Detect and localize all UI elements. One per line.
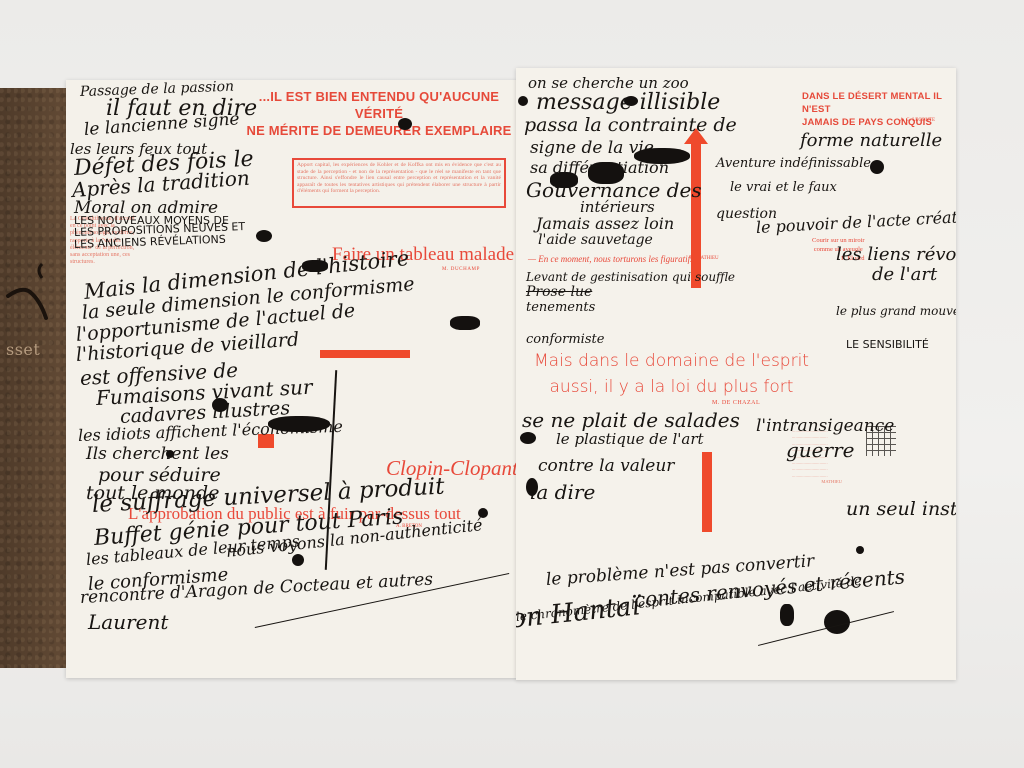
- handwriting-line: la dire: [530, 480, 595, 504]
- ink-blot: [520, 432, 536, 444]
- column-quote-author: MATHIEU: [792, 479, 842, 485]
- quote-domaine-esprit-line-1: Mais dans le domaine de l'esprit: [534, 348, 809, 374]
- left-headline: ...IL EST BIEN ENTENDU QU'AUCUNE VÉRITÉ …: [244, 88, 514, 139]
- ink-blot: [870, 160, 884, 174]
- handwriting-line: Jamais assez loin: [536, 214, 674, 233]
- handwriting-line: LE SENSIBILITÉ: [846, 338, 929, 351]
- ink-blot: [478, 508, 488, 518]
- ink-blot: [634, 148, 690, 164]
- right-headline: DANS LE DÉSERT MENTAL IL N'EST JAMAIS DE…: [802, 90, 952, 129]
- calligraphy-mark-icon: [4, 256, 54, 326]
- handwriting-line: Aventure indéfinissable: [716, 156, 871, 171]
- handwriting-line: le vrai et le faux: [730, 180, 837, 195]
- handwriting-line: les liens révolue: [836, 244, 956, 265]
- ink-blot: [588, 162, 624, 184]
- handwriting-line: forme naturelle: [800, 130, 942, 151]
- boxed-quote: Apport capital, les expériences de Kohle…: [292, 158, 506, 208]
- grid-doodle: [866, 426, 896, 456]
- handwriting-line: Prose lue: [526, 284, 592, 300]
- portfolio-title: sset: [6, 340, 40, 359]
- red-vertical-bar: [702, 452, 712, 532]
- ink-blot: [256, 230, 272, 242]
- handwriting-line: le plus grand mouvement: [836, 304, 956, 318]
- artist-signature: Simon Hantaï: [516, 591, 641, 640]
- handwriting-line: le plastique de l'art: [556, 430, 704, 448]
- ink-blot: [856, 546, 864, 554]
- ink-blot: [624, 96, 638, 106]
- ink-blot: [450, 316, 480, 330]
- ink-blot: [166, 450, 174, 458]
- ink-blot: [302, 260, 328, 272]
- left-page: ...IL EST BIEN ENTENDU QU'AUCUNE VÉRITÉ …: [66, 80, 518, 678]
- quote-duchamp-author: M. DUCHAMP: [442, 267, 480, 272]
- ink-blot: [526, 478, 538, 496]
- right-headline-author: A. G. LECONTE: [900, 118, 935, 123]
- quote-domaine-esprit: Mais dans le domaine de l'esprit aussi, …: [534, 348, 809, 400]
- red-horizontal-bar: [320, 350, 410, 358]
- handwriting-line: guerre: [786, 438, 854, 462]
- handwriting-line: passa la contrainte de: [524, 114, 737, 136]
- ink-blot: [398, 118, 412, 130]
- handwriting-line: un seul instant: [846, 498, 956, 520]
- handwriting-line: conformiste: [526, 332, 604, 347]
- handwriting-line: contre la valeur: [538, 456, 674, 476]
- ink-blot: [550, 172, 578, 188]
- quote-torturons: — En ce moment, nous torturons les figur…: [528, 254, 696, 264]
- handwriting-line: Levant de gestinisation qui souffle: [526, 270, 735, 284]
- right-headline-line-1: DANS LE DÉSERT MENTAL IL N'EST: [802, 90, 952, 116]
- handwriting-line: se ne plait de salades: [522, 408, 740, 432]
- ink-blot: [268, 416, 330, 432]
- right-page: DANS LE DÉSERT MENTAL IL N'EST JAMAIS DE…: [516, 68, 956, 680]
- handwriting-line: Ils cherchent les: [86, 444, 229, 464]
- handwriting-line: de l'art: [872, 264, 937, 285]
- ink-blot: [780, 604, 794, 626]
- left-headline-line-1: ...IL EST BIEN ENTENDU QU'AUCUNE VÉRITÉ: [244, 88, 514, 122]
- quote-domaine-esprit-line-2: aussi, il y a la loi du plus fort: [534, 374, 809, 400]
- handwriting-line: Laurent: [88, 610, 168, 634]
- handwriting-line: l'aide sauvetage: [538, 232, 653, 248]
- left-headline-line-2: NE MÉRITE DE DEMEURER EXEMPLAIRE: [244, 122, 514, 139]
- ink-blot: [212, 398, 228, 412]
- handwriting-line: le pouvoir de l'acte créateur: [756, 206, 956, 237]
- ink-blot: [292, 554, 304, 566]
- ink-blot: [518, 96, 528, 106]
- handwriting-line: tenements: [526, 300, 595, 315]
- quote-chazal-author: M. DE CHAZAL: [712, 400, 760, 406]
